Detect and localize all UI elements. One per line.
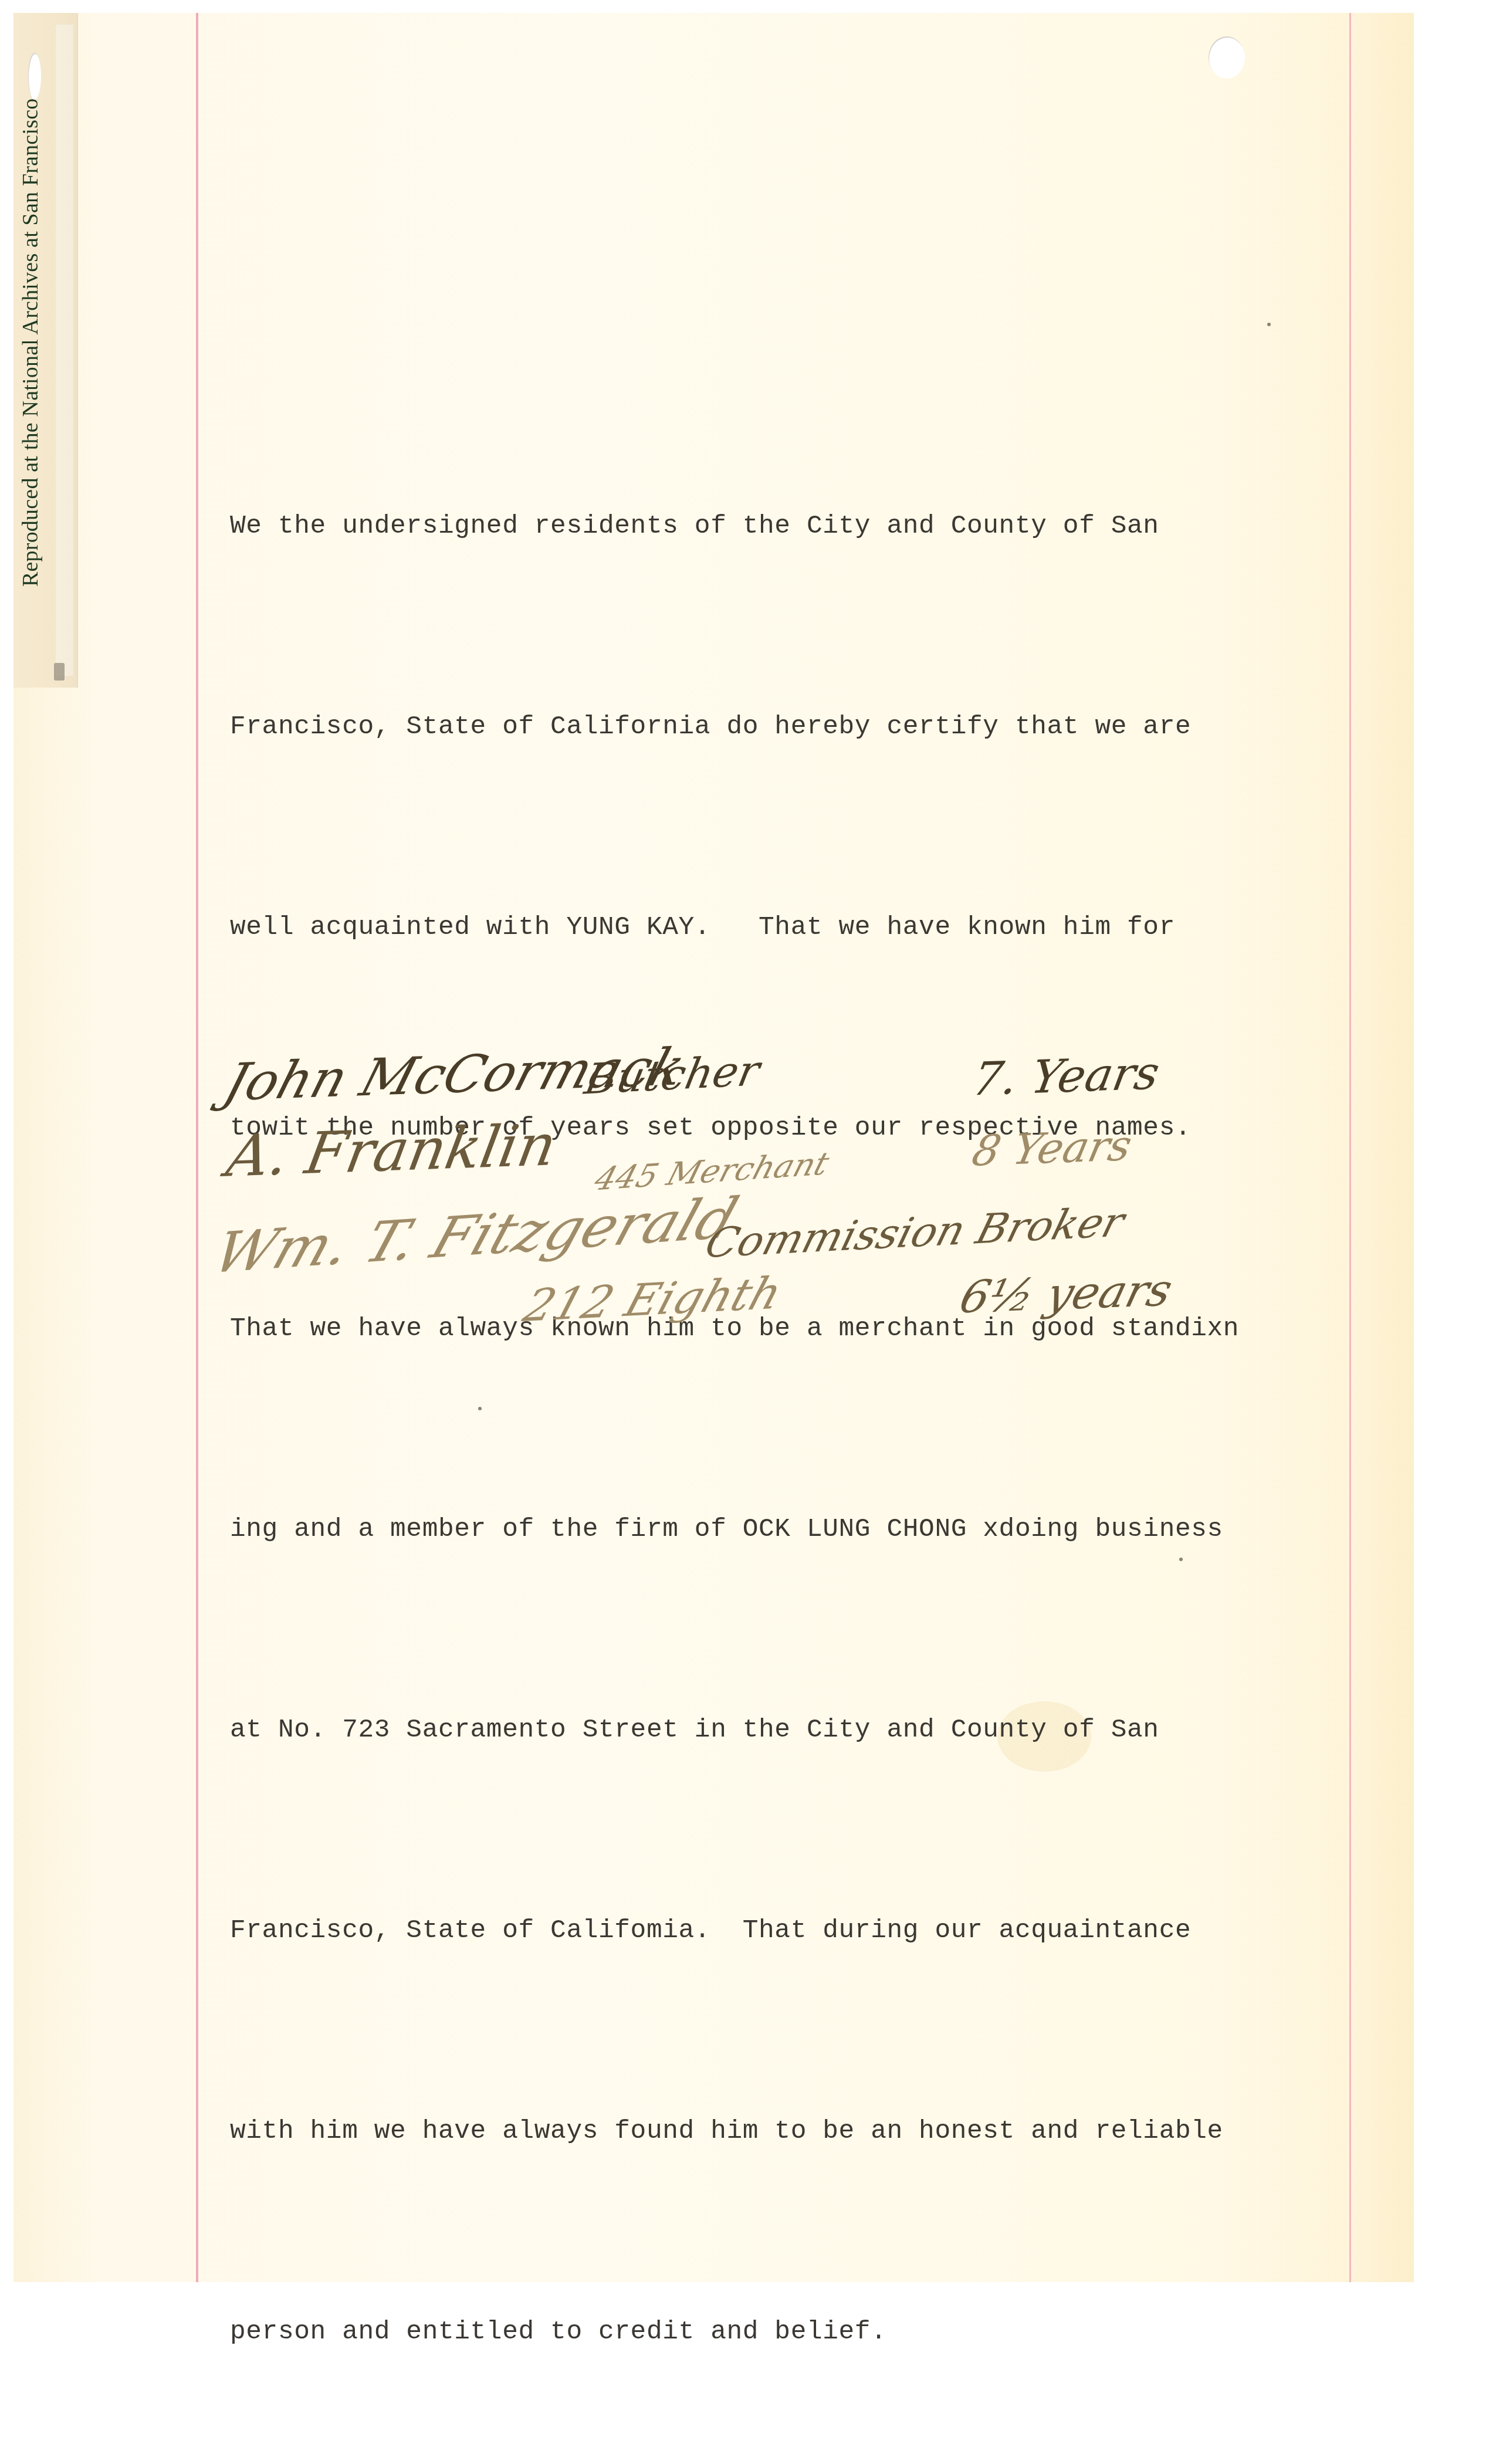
strip-fold	[56, 25, 73, 676]
signature-name: A. Franklin	[222, 1112, 561, 1190]
body-line: person and entitled to credit and belief…	[230, 2299, 1345, 2365]
body-line: at No. 723 Sacramento Street in the City…	[230, 1697, 1345, 1764]
punch-hole-left	[28, 53, 41, 100]
signature-occupation: Butcher	[581, 1045, 764, 1104]
archive-stamp: Reproduced at the National Archives at S…	[18, 99, 43, 587]
body-line: with him we have always found him to be …	[230, 2098, 1345, 2165]
body-line: well acquainted with YUNG KAY. That we h…	[230, 894, 1345, 961]
punch-hole-right	[1209, 36, 1245, 79]
body-line: ing and a member of the firm of OCK LUNG…	[230, 1496, 1345, 1563]
tape-tab	[54, 663, 65, 681]
body-line: We the undersigned residents of the City…	[230, 493, 1345, 560]
page-edge-shading	[1355, 13, 1414, 2282]
left-margin-rule	[196, 13, 198, 2282]
body-line: That we have always known him to be a me…	[230, 1295, 1345, 1362]
ink-speck	[1267, 323, 1271, 326]
certificate-body: We the undersigned residents of the City…	[230, 359, 1345, 2432]
signature-years-known: 6½ years	[955, 1264, 1177, 1323]
body-line: Francisco, State of Califomia. That duri…	[230, 1897, 1345, 1964]
signature-years-known: 8 Years	[968, 1121, 1136, 1175]
body-line: Francisco, State of California do hereby…	[230, 693, 1345, 760]
right-margin-rule	[1349, 13, 1351, 2282]
signature-years-known: 7. Years	[969, 1047, 1163, 1106]
